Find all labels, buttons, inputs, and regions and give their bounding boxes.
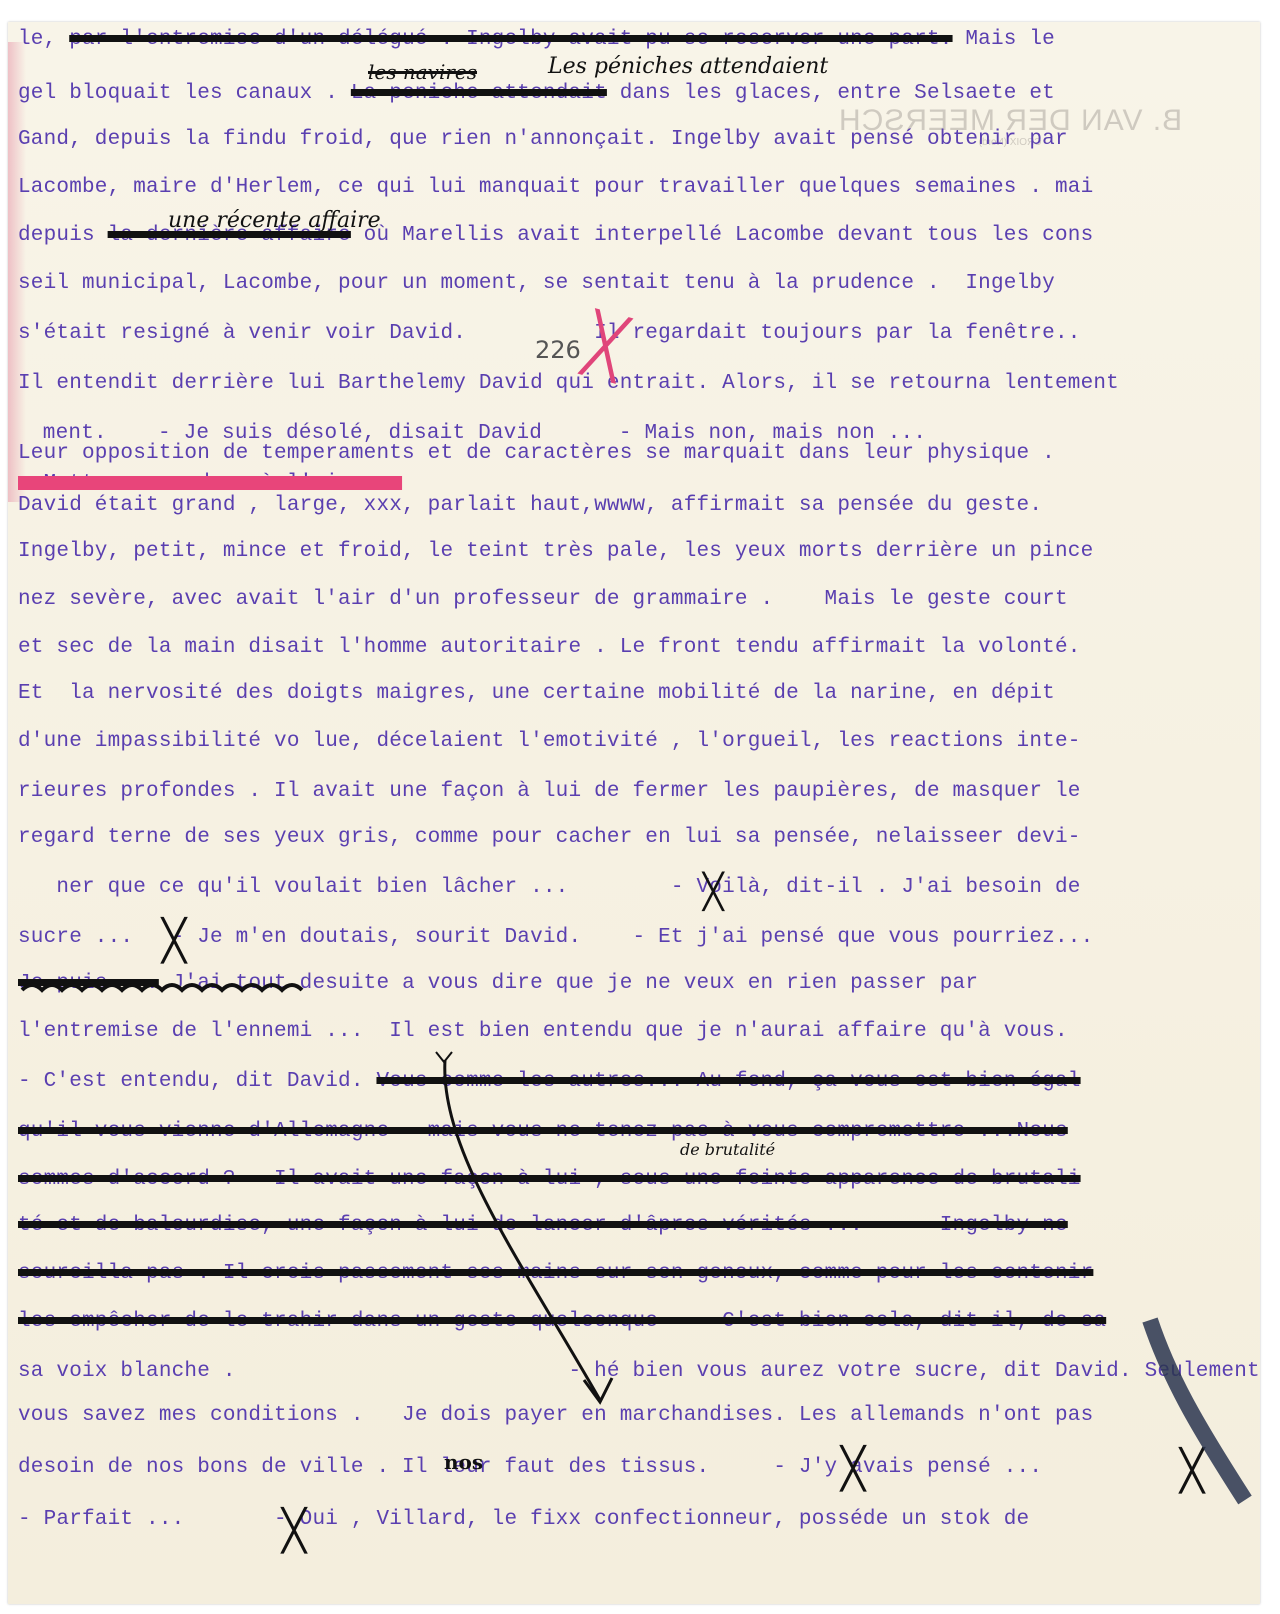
typed-line: Lacombe, maire d'Herlem, ce qui lui manq… xyxy=(18,176,1093,199)
x-mark: ╳ xyxy=(1180,1448,1204,1494)
typed-line: regard terne de ses yeux gris, comme pou… xyxy=(18,826,1081,849)
typed-line: - Parfait ... - Oui , Villard, le fixx c… xyxy=(18,1508,1029,1531)
typed-line: sa voix blanche . - hé bien vous aurez v… xyxy=(18,1360,1260,1383)
typed-line: qu'il vous vienne d'Allemagne - mais vou… xyxy=(18,1120,1068,1143)
typed-line: Gand, depuis la findu froid, que rien n'… xyxy=(18,128,1068,151)
typed-line: ner que ce qu'il voulait bien lâcher ...… xyxy=(18,876,1081,899)
typed-line: rieures profondes . Il avait une façon à… xyxy=(18,780,1081,803)
typed-line: Leur opposition de temperaments et de ca… xyxy=(18,442,1055,465)
typed-line: - Mettez vous donc à l'aise... xyxy=(18,472,402,495)
typed-line: seil municipal, Lacombe, pour un moment,… xyxy=(18,272,1055,295)
typed-line: sommes d'accord ? Il avait une façon à l… xyxy=(18,1168,1081,1191)
typed-line: - C'est entendu, dit David. Vous comme l… xyxy=(18,1070,1081,1093)
typed-line: Il entendit derrière lui Barthelemy Davi… xyxy=(18,372,1119,395)
typed-line: desoin de nos bons de ville . Il leur fa… xyxy=(18,1456,1042,1479)
typed-line: Et la nervosité des doigts maigres, une … xyxy=(18,682,1055,705)
x-mark: ╳ xyxy=(841,1446,865,1492)
typed-line: et sec de la main disait l'homme autorit… xyxy=(18,636,1081,659)
x-mark: ╳ xyxy=(162,918,186,964)
typed-line: sourcilla pas . Il crois passement ses m… xyxy=(18,1262,1093,1285)
x-mark: ╳ xyxy=(282,1508,306,1554)
handwritten-nos: nos xyxy=(444,1450,483,1474)
handwritten-insertion-peniches: Les péniches attendaient xyxy=(548,54,828,79)
typed-line: l'entremise de l'ennemi ... Il est bien … xyxy=(18,1020,1068,1043)
typed-line: vous savez mes conditions . Je dois paye… xyxy=(18,1404,1093,1427)
page-number-226: 226 xyxy=(535,336,581,364)
handwritten-insertion-affaire: une récente affaire xyxy=(168,208,381,233)
x-mark: ╳ xyxy=(703,872,723,912)
handwritten-brutalite: de brutalité xyxy=(680,1140,775,1159)
typed-line: nez sevère, avec avait l'air d'un profes… xyxy=(18,588,1068,611)
typed-line: Ingelby, petit, mince et froid, le teint… xyxy=(18,540,1093,563)
typed-line: le, par l'entremise d'un délégué . Ingel… xyxy=(18,28,1055,51)
typed-line: Je puis ... J'ai tout desuite a vous dir… xyxy=(18,972,978,995)
typed-line: d'une impassibilité vo lue, décelaient l… xyxy=(18,730,1081,753)
typed-line: David était grand , large, xxx, parlait … xyxy=(18,494,1042,517)
typed-line: les empêcher de le trahir dans un geste … xyxy=(18,1310,1106,1333)
handwritten-struck-annotation: les navires xyxy=(368,60,477,84)
typed-line: gel bloquait les canaux . La peniche att… xyxy=(18,82,1055,105)
typed-line: té et de balourdise, une façon à lui de … xyxy=(18,1214,1068,1237)
